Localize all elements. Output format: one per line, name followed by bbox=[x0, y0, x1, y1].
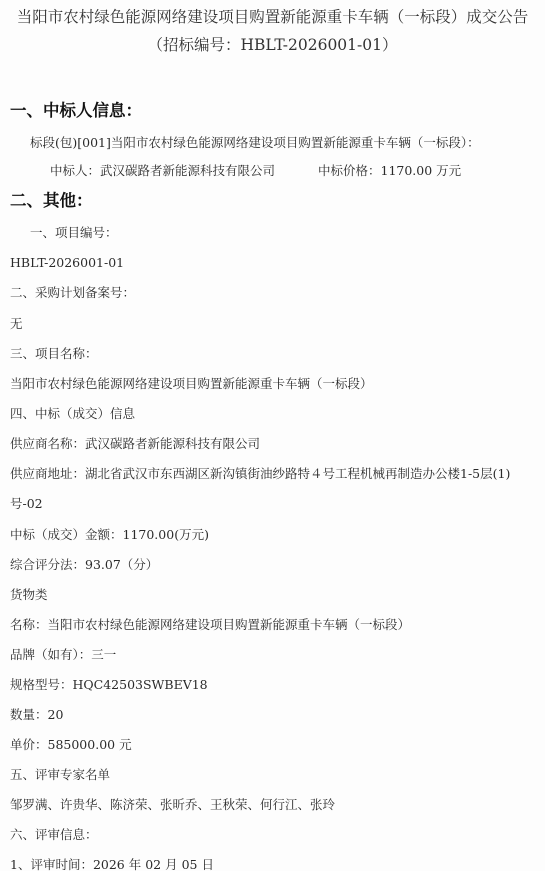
supplier-address-line2: 号-02 bbox=[10, 496, 43, 512]
section-winner-heading: 一、中标人信息： bbox=[10, 101, 142, 121]
quantity: 数量：20 bbox=[10, 707, 63, 723]
page-title: 当阳市农村绿色能源网络建设项目购置新能源重卡车辆（一标段）成交公告 bbox=[0, 7, 545, 27]
goods-name: 名称：当阳市农村绿色能源网络建设项目购置新能源重卡车辆（一标段） bbox=[10, 617, 410, 633]
winner-row: 中标人：武汉碳路者新能源科技有限公司 bbox=[50, 163, 275, 179]
project-name-heading: 三、项目名称： bbox=[10, 346, 98, 362]
announcement-page: 当阳市农村绿色能源网络建设项目购置新能源重卡车辆（一标段）成交公告 （招标编号：… bbox=[0, 0, 545, 871]
unit-price: 单价：585000.00 元 bbox=[10, 737, 132, 753]
plan-no: 无 bbox=[10, 316, 23, 332]
lot-line: 标段(包)[001]当阳市农村绿色能源网络建设项目购置新能源重卡车辆（一标段）： bbox=[30, 135, 480, 151]
winner-name: 中标人：武汉碳路者新能源科技有限公司 bbox=[50, 163, 275, 178]
supplier-name: 供应商名称：武汉碳路者新能源科技有限公司 bbox=[10, 436, 260, 452]
review-time: 1、评审时间：2026 年 02 月 05 日 bbox=[10, 857, 214, 871]
project-no-heading: 一、项目编号： bbox=[30, 225, 118, 241]
project-name: 当阳市农村绿色能源网络建设项目购置新能源重卡车辆（一标段） bbox=[10, 376, 373, 392]
score: 综合评分法：93.07（分） bbox=[10, 557, 158, 573]
award-heading: 四、中标（成交）信息 bbox=[10, 406, 135, 422]
experts-heading: 五、评审专家名单 bbox=[10, 767, 110, 783]
award-amount: 中标（成交）金额：1170.00(万元) bbox=[10, 527, 209, 543]
supplier-address-line1: 供应商地址：湖北省武汉市东西湖区新沟镇街油纱路特４号工程机械再制造办公楼1-5层… bbox=[10, 466, 510, 482]
model: 规格型号：HQC42503SWBEV18 bbox=[10, 677, 208, 693]
review-heading: 六、评审信息： bbox=[10, 827, 98, 843]
tender-number: （招标编号：HBLT-2026001-01） bbox=[0, 35, 545, 55]
section-other-heading: 二、其他： bbox=[10, 191, 93, 211]
winner-price: 中标价格：1170.00 万元 bbox=[318, 163, 461, 179]
goods-category: 货物类 bbox=[10, 587, 48, 603]
experts-list: 邹罗满、许贵华、陈济荣、张昕乔、王秋荣、何行江、张玲 bbox=[10, 797, 335, 813]
brand: 品牌（如有）：三一 bbox=[10, 647, 116, 663]
plan-no-heading: 二、采购计划备案号： bbox=[10, 285, 135, 301]
project-no: HBLT-2026001-01 bbox=[10, 255, 124, 271]
